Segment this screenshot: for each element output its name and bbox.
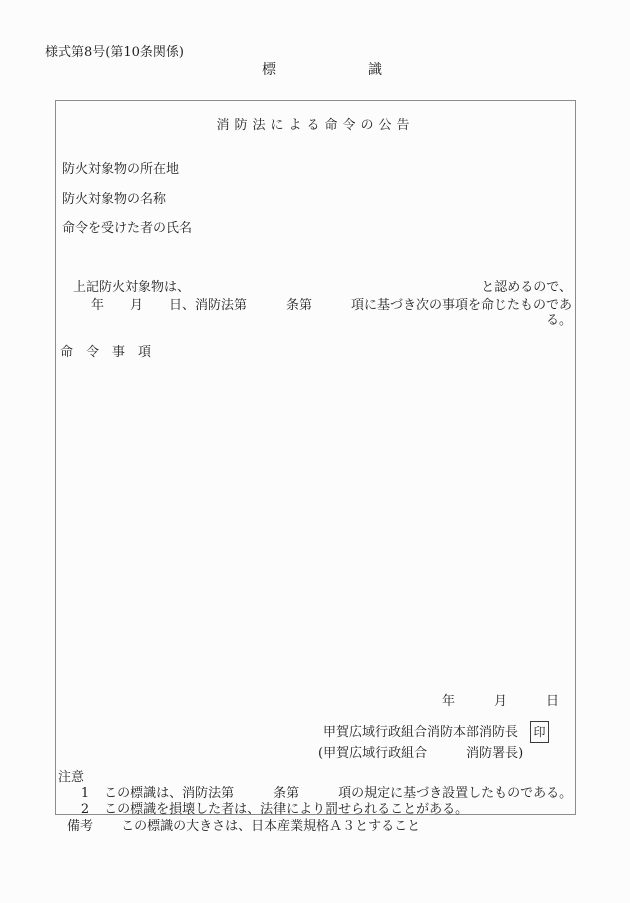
form-number: 様式第8号(第10条関係) [45,45,184,60]
notes-section: 注意 1 この標識は、消防法第 条第 項の規定に基づき設置したものである。 2 … [58,770,573,817]
field-property-location-label: 防火対象物の所在地 [62,162,179,177]
note-number: 1 [78,786,92,801]
order-items-label: 命 令 事 項 [60,345,151,360]
body-statement-left: 上記防火対象物は、 [73,280,190,295]
issuer-line-2: (甲賀広域行政組合 消防署長) [318,746,549,761]
notice-box: 消防法による命令の公告 防火対象物の所在地 防火対象物の名称 命令を受けた者の氏… [55,100,576,815]
note-text: この標識は、消防法第 条第 項の規定に基づき設置したものである。 [104,786,572,801]
document-title-char-right: 識 [368,63,382,78]
remark-line: 備考 この標識の大きさは、日本産業規格Ａ３とすること [67,819,420,834]
seal-mark: 印 [530,721,549,743]
notice-heading: 消防法による命令の公告 [56,118,575,133]
remark-label: 備考 [67,819,93,834]
body-statement-line-1: 上記防火対象物は、 と認めるので、 [73,280,572,295]
notes-heading: 注意 [58,770,573,785]
body-statement-right: と認めるので、 [481,280,572,295]
note-item: 1 この標識は、消防法第 条第 項の規定に基づき設置したものである。 [58,786,573,801]
issuer-line-1: 甲賀広域行政組合消防本部消防長 印 [318,721,549,743]
note-text: この標識を損壊した者は、法律により罰せられることがある。 [104,802,468,817]
note-item: 2 この標識を損壊した者は、法律により罰せられることがある。 [58,802,573,817]
document-title: 標 識 [7,63,630,78]
note-number: 2 [78,802,92,817]
date-line: 年 月 日 [442,694,559,709]
field-property-name-label: 防火対象物の名称 [62,192,166,207]
issuer-title: 甲賀広域行政組合消防本部消防長 [323,725,518,740]
document-title-char-left: 標 [262,63,276,78]
field-ordered-person-label: 命令を受けた者の氏名 [62,221,192,236]
document-page: 様式第8号(第10条関係) 標 識 消防法による命令の公告 防火対象物の所在地 … [0,0,630,903]
body-statement-line-2: 年 月 日、消防法第 条第 項に基づき次の事項を命じたものである。 [73,298,572,328]
remark-text: この標識の大きさは、日本産業規格Ａ３とすること [121,819,420,834]
issuer-block: 甲賀広域行政組合消防本部消防長 印 (甲賀広域行政組合 消防署長) [318,721,549,761]
